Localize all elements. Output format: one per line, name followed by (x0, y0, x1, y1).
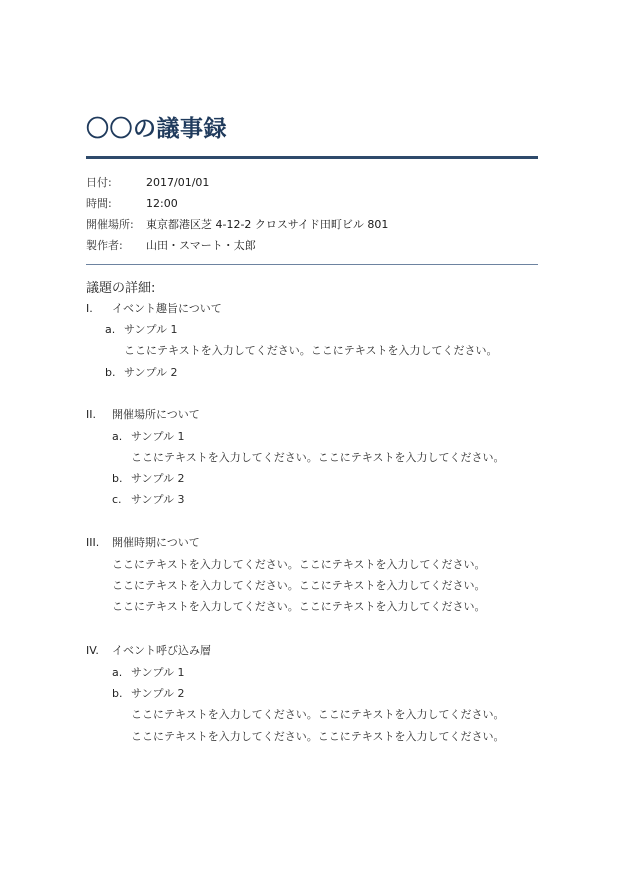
details-heading: 議題の詳細: (86, 277, 155, 296)
item-letter: b. (105, 362, 115, 383)
item-body: ここにテキストを入力してください。ここにテキストを入力してください。 (131, 447, 505, 468)
item-letter: b. (112, 468, 122, 489)
meta-row-date: 日付: 2017/01/01 (86, 172, 388, 193)
item-letter: a. (105, 319, 115, 340)
section-heading-4: イベント呼び込み層 (112, 640, 211, 661)
section-heading-2: 開催場所について (112, 404, 200, 425)
item-label: サンプル 1 (131, 426, 185, 447)
meta-divider (86, 264, 538, 265)
item-label: サンプル 1 (124, 319, 178, 340)
meta-value: 山田・スマート・太郎 (146, 235, 256, 256)
meta-value: 2017/01/01 (146, 172, 209, 193)
meta-value: 東京都港区芝 4-12-2 クロスサイド田町ビル 801 (146, 214, 388, 235)
section-numeral: I. (86, 298, 93, 319)
item-label: サンプル 1 (131, 662, 185, 683)
meta-label: 開催場所: (86, 214, 146, 235)
section-body: ここにテキストを入力してください。ここにテキストを入力してください。 (112, 596, 486, 617)
item-label: サンプル 2 (131, 683, 185, 704)
item-label: サンプル 2 (131, 468, 185, 489)
section-body: ここにテキストを入力してください。ここにテキストを入力してください。 (112, 575, 486, 596)
section-numeral: II. (86, 404, 96, 425)
title-divider (86, 156, 538, 159)
section-body: ここにテキストを入力してください。ここにテキストを入力してください。 (112, 554, 486, 575)
meta-label: 日付: (86, 172, 146, 193)
item-body: ここにテキストを入力してください。ここにテキストを入力してください。 (131, 726, 505, 747)
item-label: サンプル 3 (131, 489, 185, 510)
item-letter: c. (112, 489, 122, 510)
item-body: ここにテキストを入力してください。ここにテキストを入力してください。 (124, 340, 498, 361)
meta-label: 製作者: (86, 235, 146, 256)
meta-value: 12:00 (146, 193, 178, 214)
meta-block: 日付: 2017/01/01 時間: 12:00 開催場所: 東京都港区芝 4-… (86, 172, 388, 256)
section-heading-1: イベント趣旨について (112, 298, 222, 319)
section-numeral: IV. (86, 640, 99, 661)
meta-row-location: 開催場所: 東京都港区芝 4-12-2 クロスサイド田町ビル 801 (86, 214, 388, 235)
meta-row-time: 時間: 12:00 (86, 193, 388, 214)
item-letter: b. (112, 683, 122, 704)
document-title: 〇〇の議事録 (86, 110, 227, 143)
item-letter: a. (112, 426, 122, 447)
item-body: ここにテキストを入力してください。ここにテキストを入力してください。 (131, 704, 505, 725)
item-label: サンプル 2 (124, 362, 178, 383)
meta-row-author: 製作者: 山田・スマート・太郎 (86, 235, 388, 256)
section-numeral: III. (86, 532, 99, 553)
section-heading-3: 開催時期について (112, 532, 200, 553)
item-letter: a. (112, 662, 122, 683)
meta-label: 時間: (86, 193, 146, 214)
